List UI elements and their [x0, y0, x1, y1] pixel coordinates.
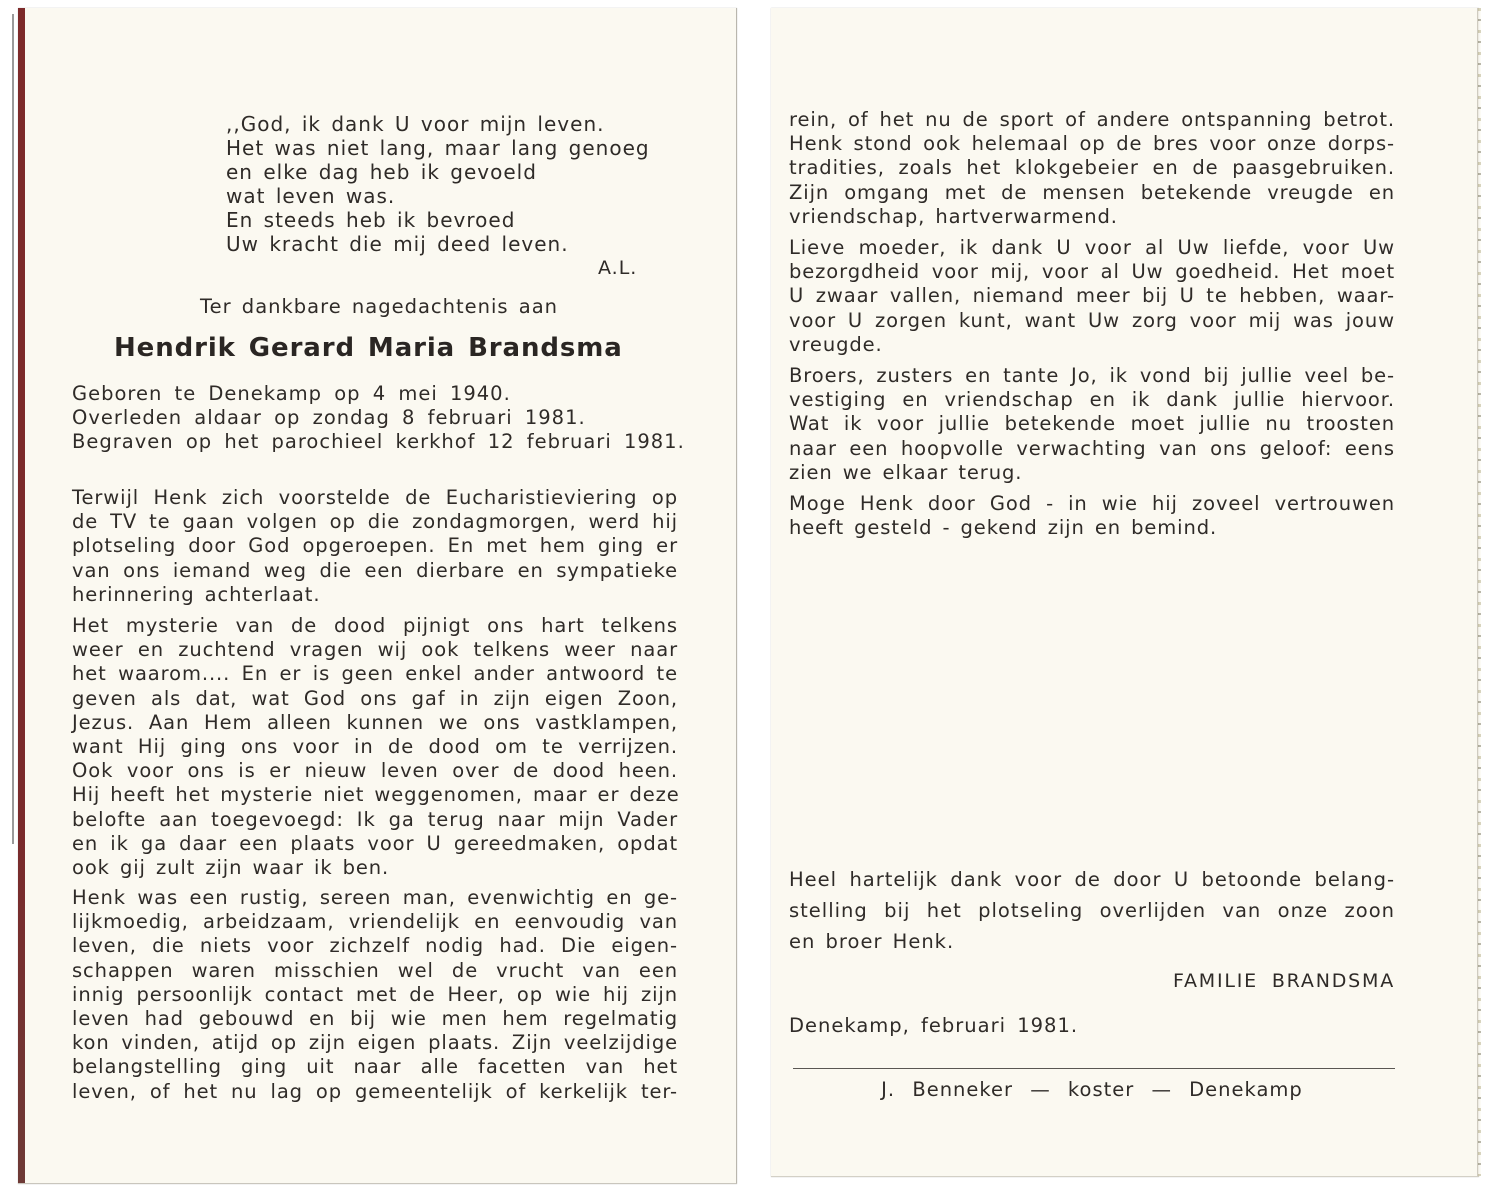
text-line: het waarom.... En er is geen enkel ander…	[72, 662, 678, 686]
text-line: de TV te gaan volgen op die zondagmorgen…	[72, 510, 678, 534]
text-line: Lieve moeder, ik dank U voor al Uw liefd…	[789, 236, 1395, 260]
card-edge-shadow	[12, 14, 14, 844]
mourning-border-stripe	[18, 8, 25, 1183]
text-line: en broer Henk.	[789, 926, 1395, 957]
text-line: leven had gebouwd en bij wie men hem reg…	[72, 1007, 678, 1031]
text-line: U zwaar vallen, niemand meer bij U te he…	[789, 284, 1395, 308]
text-line: Hij heeft het mysterie niet weggenomen, …	[72, 783, 678, 807]
poem-line: en elke dag heb ik gevoeld	[226, 160, 650, 184]
text-line: schappen waren misschien wel de vrucht v…	[72, 959, 678, 983]
poem-line: Uw kracht die mij deed leven.	[226, 232, 650, 256]
text-line: heeft gesteld - gekend zijn en bemind.	[789, 516, 1395, 540]
printer-credit: J. Benneker — koster — Denekamp	[789, 1078, 1395, 1101]
text-line: rein, of het nu de sport of andere ontsp…	[789, 108, 1395, 132]
text-line: geven als dat, wat God ons gaf in zijn e…	[72, 687, 678, 711]
text-line: belofte aan toegevoegd: Ik ga terug naar…	[72, 808, 678, 832]
text-line: Henk was een rustig, sereen man, evenwic…	[72, 886, 678, 910]
text-line: stelling bij het plotseling overlijden v…	[789, 895, 1395, 926]
text-line: leven, of het nu lag op gemeentelijk of …	[72, 1080, 678, 1104]
paragraph-character: Henk was een rustig, sereen man, evenwic…	[72, 886, 678, 1104]
paragraph-prayer: Moge Henk door God - in wie hij zoveel v…	[789, 492, 1395, 540]
text-line: zien we elkaar terug.	[789, 461, 1395, 485]
memorial-card-left-page: ,,God, ik dank U voor mijn leven. Het wa…	[18, 8, 737, 1184]
burial-fact: Begraven op het parochieel kerkhof 12 fe…	[72, 430, 685, 454]
poem-line: En steeds heb ik bevroed	[226, 208, 650, 232]
deceased-name: Hendrik Gerard Maria Brandsma	[114, 333, 623, 363]
text-line: bezorgdheid voor mij, voor al Uw goedhei…	[789, 260, 1395, 284]
text-line: naar een hoopvolle verwachting van ons g…	[789, 437, 1395, 461]
family-signature: FAMILIE BRANDSMA	[1173, 970, 1395, 992]
text-line: van ons iemand weg die een dierbare en s…	[72, 559, 678, 583]
poem: ,,God, ik dank U voor mijn leven. Het wa…	[226, 112, 650, 257]
paragraph-mystery-of-death: Het mysterie van de dood pijnigt ons har…	[72, 614, 678, 880]
text-line: plotseling door God opgeroepen. En met h…	[72, 534, 678, 558]
text-line: Heel hartelijk dank voor de door U betoo…	[789, 864, 1395, 895]
paragraph-mother: Lieve moeder, ik dank U voor al Uw liefd…	[789, 236, 1395, 357]
text-line: lijkmoedig, arbeidzaam, vriendelijk en e…	[72, 910, 678, 934]
text-line: Wat ik voor jullie betekende moet jullie…	[789, 412, 1395, 436]
thank-you-note: Heel hartelijk dank voor de door U betoo…	[789, 864, 1395, 957]
text-line: Moge Henk door God - in wie hij zoveel v…	[789, 492, 1395, 516]
card-edge-strip	[1478, 8, 1481, 1176]
text-line: tradities, zoals het klokgebeier en de p…	[789, 156, 1395, 180]
text-line: ook gij zult zijn waar ik ben.	[72, 856, 678, 880]
text-line: vreugde.	[789, 333, 1395, 357]
text-line: kon vinden, atijd op zijn eigen plaats. …	[72, 1031, 678, 1055]
text-line: belangstelling ging uit naar alle facett…	[72, 1055, 678, 1079]
text-line: want Hij ging ons voor in de dood om te …	[72, 735, 678, 759]
text-line: herinnering achterlaat.	[72, 583, 678, 607]
text-line: Jezus. Aan Hem alleen kunnen we ons vast…	[72, 711, 678, 735]
text-line: Henk stond ook helemaal op de bres voor …	[789, 132, 1395, 156]
text-line: Ook voor ons is er nieuw leven over de d…	[72, 759, 678, 783]
text-line: leven, die niets voor zichzelf nodig had…	[72, 934, 678, 958]
poem-line: ,,God, ik dank U voor mijn leven.	[226, 112, 650, 136]
memorial-card-right-page: rein, of het nu de sport of andere ontsp…	[771, 8, 1479, 1177]
divider-rule	[793, 1068, 1395, 1069]
dedication-line: Ter dankbare nagedachtenis aan	[200, 295, 558, 318]
text-line: vriendschap, hartverwarmend.	[789, 205, 1395, 229]
paragraph-interests: rein, of het nu de sport of andere ontsp…	[789, 108, 1395, 229]
text-line: Terwijl Henk zich voorstelde de Eucharis…	[72, 486, 678, 510]
poem-line: Het was niet lang, maar lang genoeg	[226, 136, 650, 160]
paragraph-circumstances: Terwijl Henk zich voorstelde de Eucharis…	[72, 486, 678, 607]
text-line: innig persoonlijk contact met de Heer, o…	[72, 983, 678, 1007]
life-facts: Geboren te Denekamp op 4 mei 1940. Overl…	[72, 382, 685, 454]
death-fact: Overleden aldaar op zondag 8 februari 19…	[72, 406, 685, 430]
text-line: en ik ga daar een plaats voor U gereedma…	[72, 832, 678, 856]
paragraph-siblings: Broers, zusters en tante Jo, ik vond bij…	[789, 364, 1395, 485]
text-line: Het mysterie van de dood pijnigt ons har…	[72, 614, 678, 638]
poem-author: A.L.	[598, 257, 637, 279]
text-line: vestiging en vriendschap en ik dank jull…	[789, 388, 1395, 412]
text-line: Zijn omgang met de mensen betekende vreu…	[789, 181, 1395, 205]
text-line: weer en zuchtend vragen wij ook telkens …	[72, 638, 678, 662]
text-line: voor U zorgen kunt, want Uw zorg voor mi…	[789, 309, 1395, 333]
text-line: Broers, zusters en tante Jo, ik vond bij…	[789, 364, 1395, 388]
poem-line: wat leven was.	[226, 184, 650, 208]
place-and-date: Denekamp, februari 1981.	[789, 1014, 1078, 1037]
birth-fact: Geboren te Denekamp op 4 mei 1940.	[72, 382, 685, 406]
